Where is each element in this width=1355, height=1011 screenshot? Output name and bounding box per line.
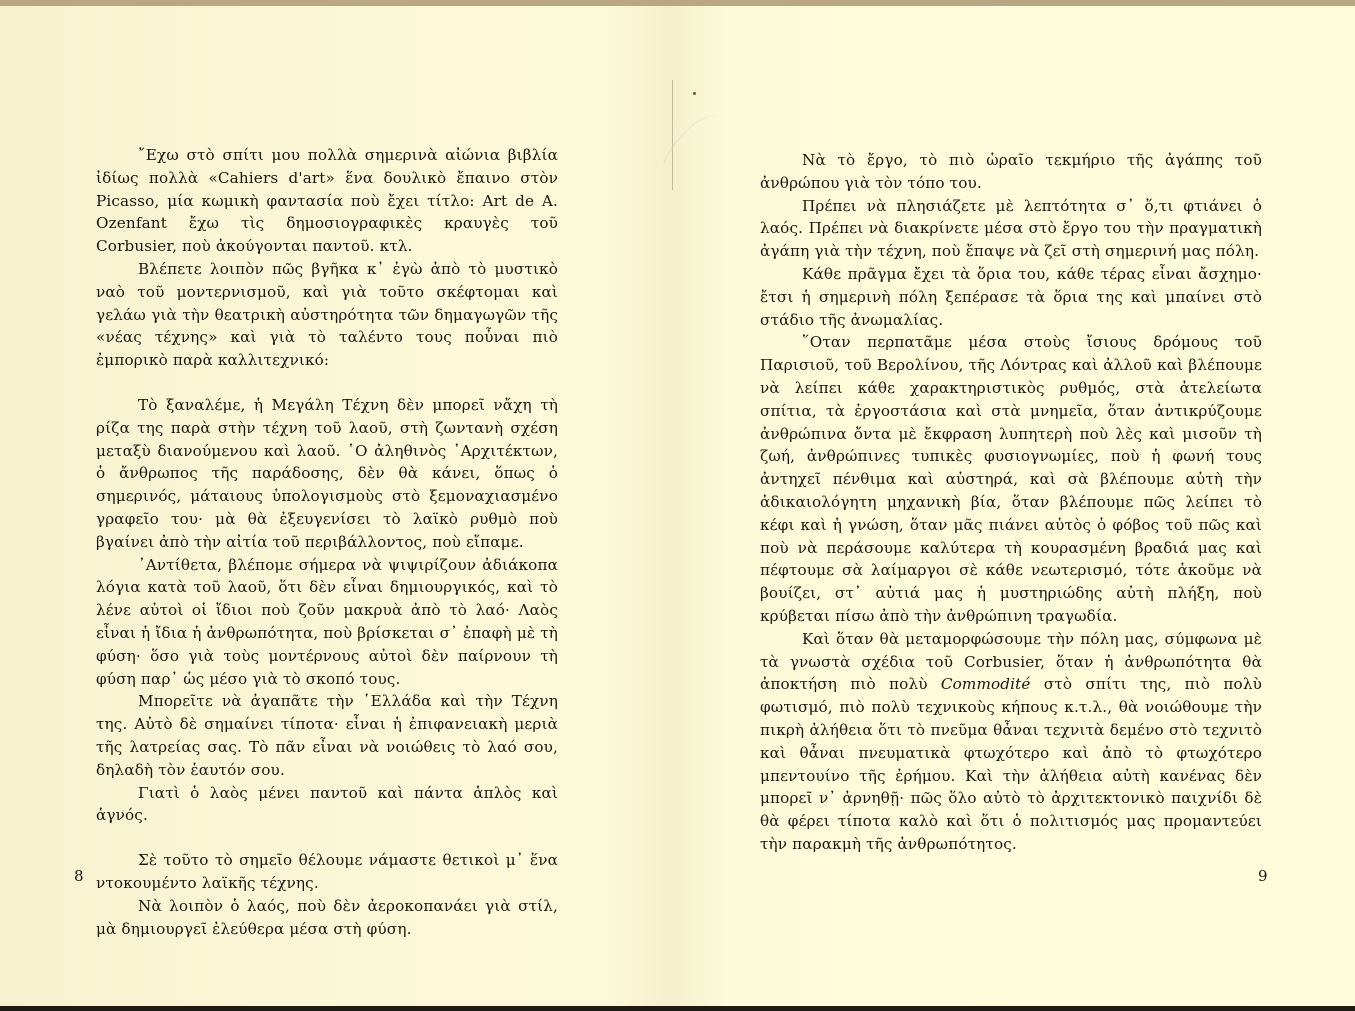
- text-run: στὸ σπίτι της, πιὸ πολὺ φωτισμό, πιὸ πολ…: [760, 675, 1262, 853]
- paragraph: Βλέπετε λοιπὸν πῶς βγῆκα κ᾿ ἐγὼ ἀπὸ τὸ μ…: [96, 258, 558, 372]
- gutter-fold: [672, 80, 673, 190]
- paragraph: Κάθε πρᾶγμα ἔχει τὰ ὅρια του, κάθε τέρας…: [760, 263, 1262, 331]
- paragraph: Καὶ ὅταν θὰ μεταμορφώσουμε τὴν πόλη μας,…: [760, 628, 1262, 856]
- book-spread-scan: ῎Εχω στὸ σπίτι μου πολλὰ σημερινὰ αἰώνια…: [0, 0, 1355, 1011]
- right-page: Νὰ τὸ ἔργο, τὸ πιὸ ὡραῖο τεκμήριο τῆς ἀγ…: [672, 6, 1355, 1006]
- paragraph: Μπορεῖτε νὰ ἀγαπᾶτε τὴν ῾Ελλάδα καὶ τὴν …: [96, 690, 558, 781]
- paragraph: ᾿Αντίθετα, βλέπομε σήμερα νὰ ψιψιρίζουν …: [96, 554, 558, 691]
- paragraph: ῎Εχω στὸ σπίτι μου πολλὰ σημερινὰ αἰώνια…: [96, 144, 558, 258]
- scan-bottom-edge: [0, 1006, 1355, 1011]
- page-number: 8: [74, 867, 84, 885]
- paper-speck: [693, 92, 696, 95]
- page-number: 9: [1258, 867, 1268, 885]
- paragraph: Τὸ ξαναλέμε, ἡ Μεγάλη Τέχνη δὲν μπορεῖ ν…: [96, 394, 558, 554]
- italic-term: Commodité: [941, 675, 1031, 693]
- paragraph: Νὰ λοιπὸν ὁ λαός, ποὺ δὲν ἀεροκοπανάει γ…: [96, 895, 558, 941]
- paragraph: Σὲ τοῦτο τὸ σημεῖο θέλουμε νάμαστε θετικ…: [96, 849, 558, 895]
- left-page-text: ῎Εχω στὸ σπίτι μου πολλὰ σημερινὰ αἰώνια…: [96, 144, 558, 940]
- paragraph: Νὰ τὸ ἔργο, τὸ πιὸ ὡραῖο τεκμήριο τῆς ἀγ…: [760, 149, 1262, 195]
- paragraph: Πρέπει νὰ πλησιάζετε μὲ λεπτότητα σ᾿ ὅ,τ…: [760, 195, 1262, 263]
- paragraph: ῞Οταν περπατᾶμε μέσα στοὺς ἴσιους δρόμου…: [760, 331, 1262, 627]
- left-page: ῎Εχω στὸ σπίτι μου πολλὰ σημερινὰ αἰώνια…: [0, 6, 672, 1006]
- right-page-text: Νὰ τὸ ἔργο, τὸ πιὸ ὡραῖο τεκμήριο τῆς ἀγ…: [760, 149, 1262, 856]
- paragraph: Γιατὶ ὁ λαὸς μένει παντοῦ καὶ πάντα ἁπλὸ…: [96, 782, 558, 828]
